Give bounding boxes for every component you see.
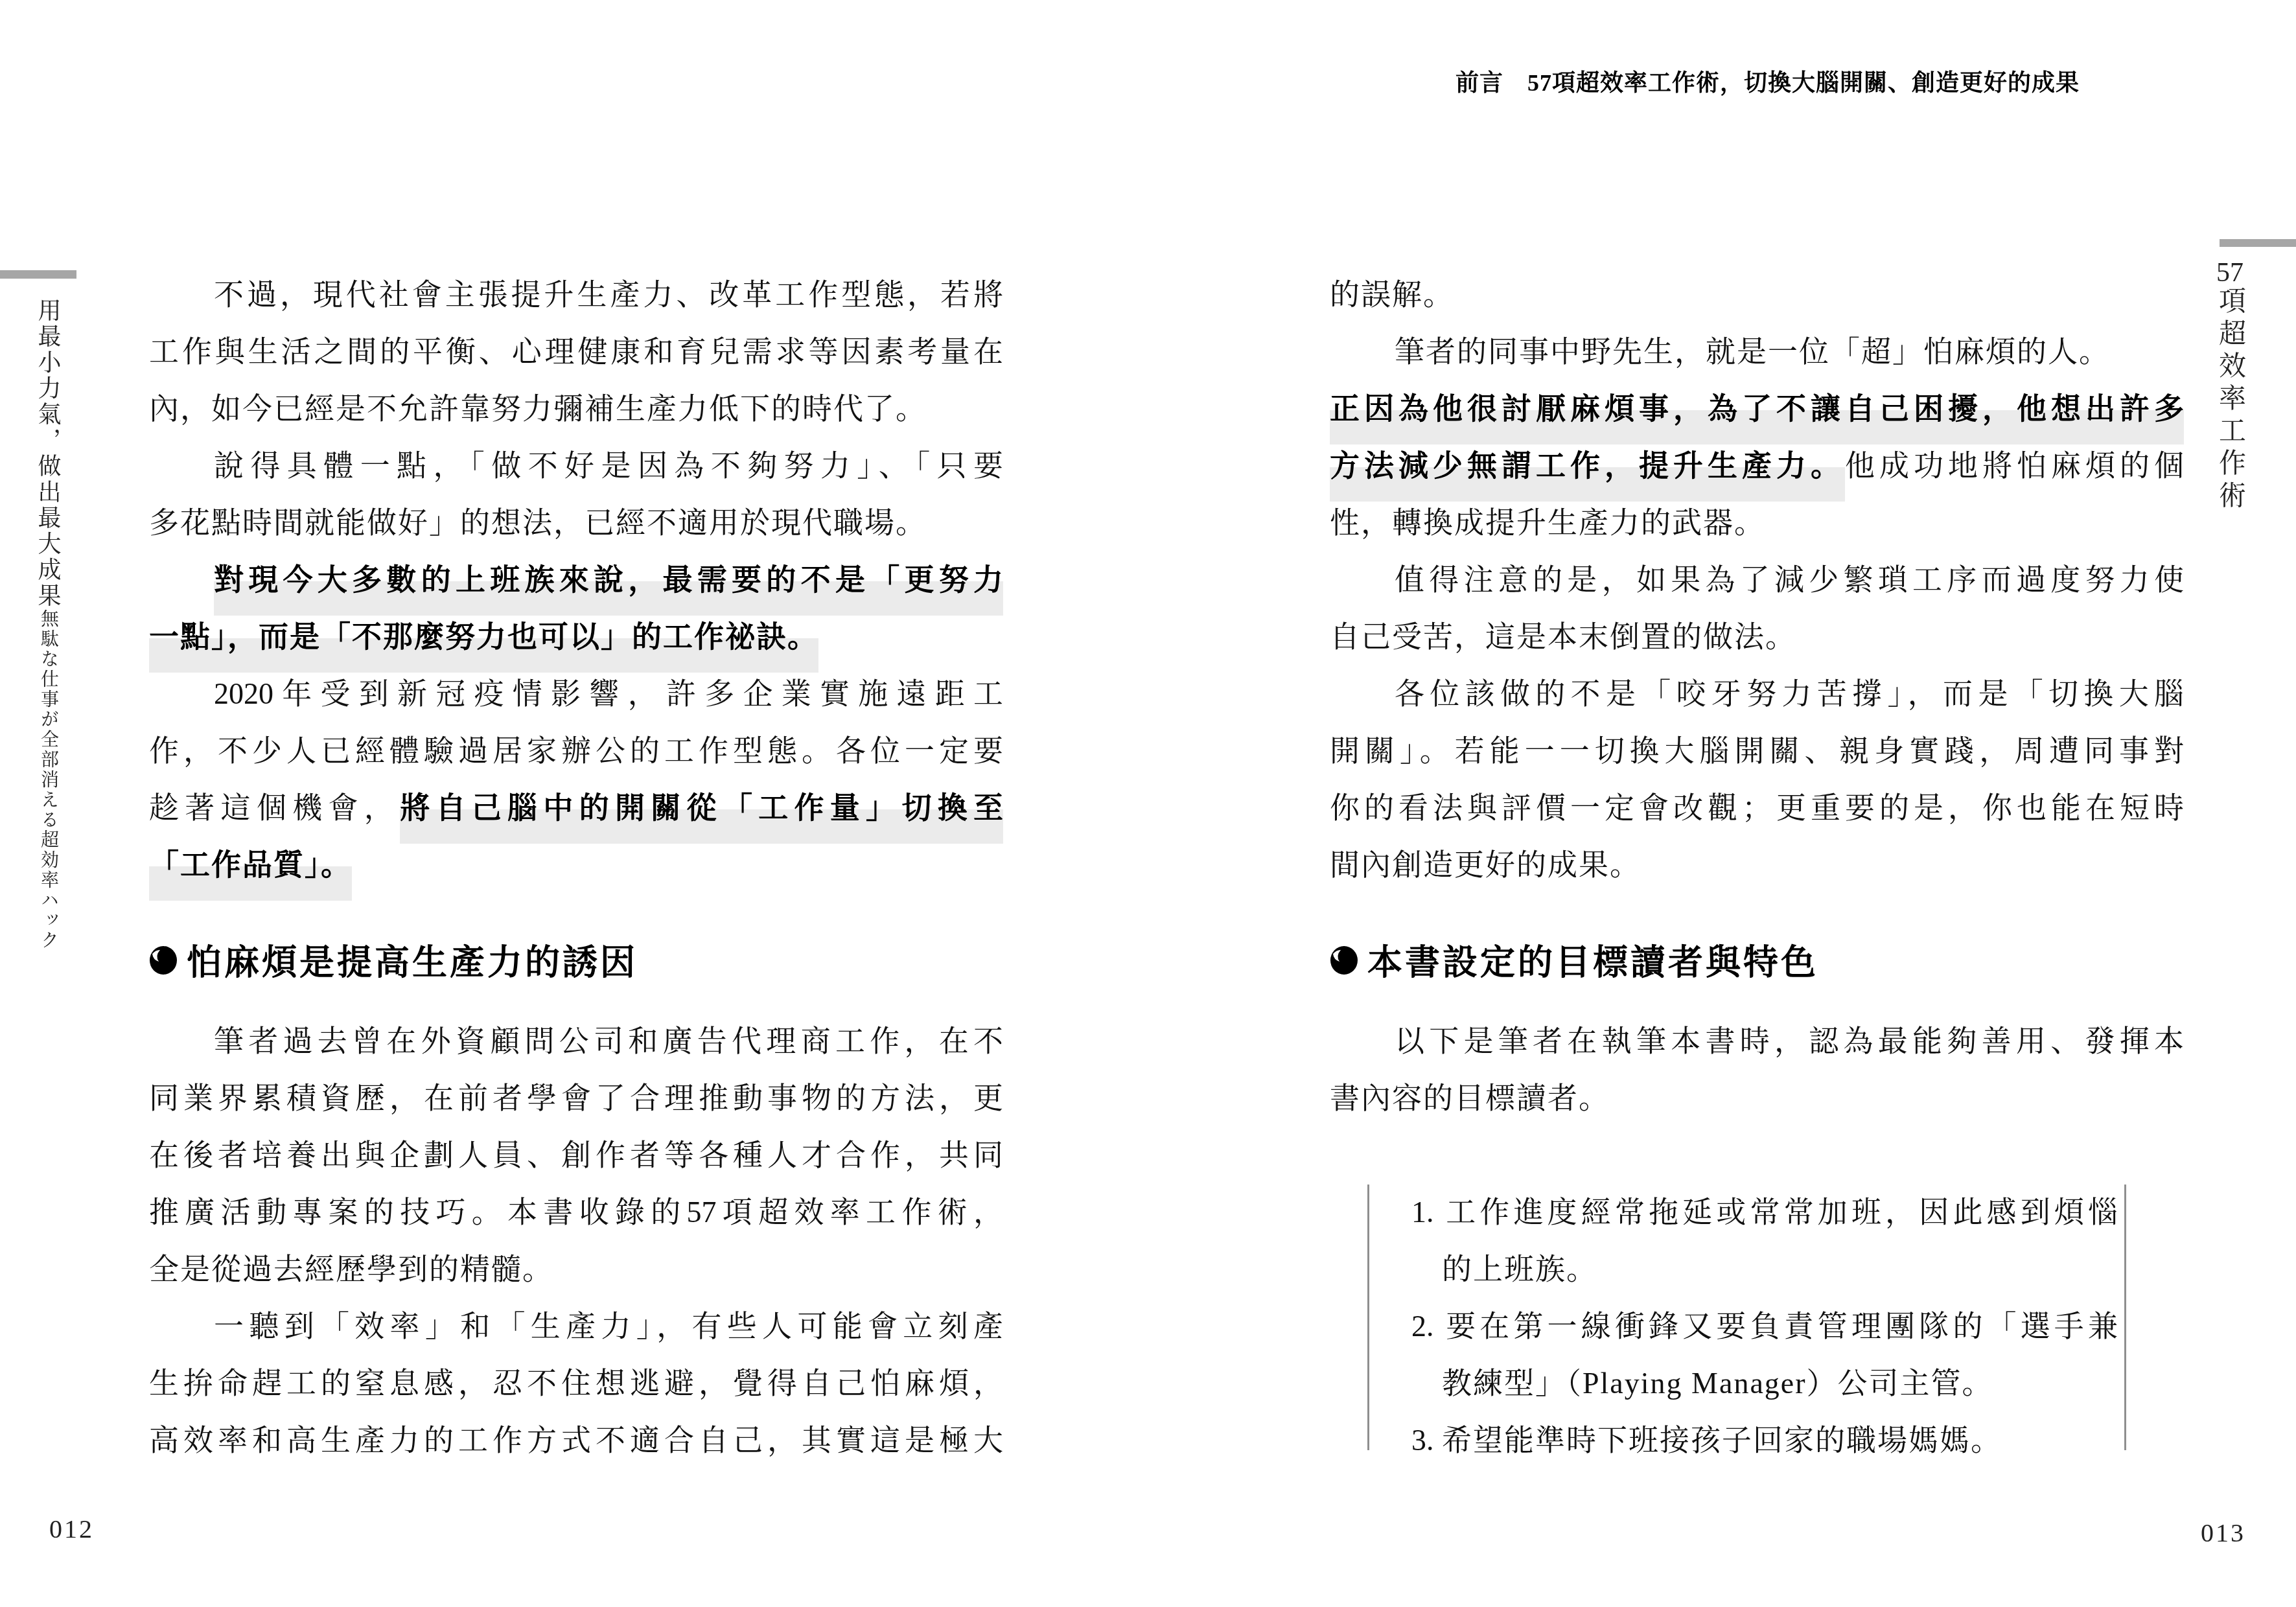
chapter-title-vertical: 57項超效率工作術 [2216,259,2244,513]
body-text: 同業界累積資歷，在前者學會了合理推動事物的方法，更 [149,1081,1003,1115]
book-spread: 前言 57項超效率工作術，切換大腦開關、創造更好的成果 用最小力氣，做出最大成果… [0,0,2296,1607]
list-item-number: 3. [1411,1421,1442,1460]
chapter-title-text: 項超效率工作術 [2215,286,2245,513]
text-line: 筆者的同事中野先生，就是一位「超」怕麻煩的人。 [1330,332,2184,371]
body-text: 在後者培養出與企劃人員、創作者等各種人才合作，共同 [149,1139,1003,1172]
list-item-line: 1.工作進度經常拖延或常常加班，因此感到煩惱 [1411,1193,2118,1232]
text-line: 工作與生活之間的平衡、心理健康和育兒需求等因素考量在 [149,332,1003,371]
section-heading-text: 本書設定的目標讀者與特色 [1367,935,1818,985]
text-line: 高效率和高生產力的工作方式不適合自己，其實這是極大 [149,1421,1003,1460]
text-line: 各位該做的不是「咬牙努力苦撐」，而是「切換大腦 [1330,675,2184,713]
book-title-japanese: 無駄な仕事が全部消える超効率ハック [38,609,58,951]
text-line: 2020年受到新冠疫情影響，許多企業實施遠距工 [149,675,1003,713]
body-text: 自己受苦，這是本末倒置的做法。 [1330,620,1796,653]
list-rule-left [1367,1185,1369,1450]
text-line: 性，轉換成提升生產力的武器。 [1330,503,2184,542]
list-item-line: 的上班族。 [1442,1250,2118,1289]
text-line: 開關」。若能一一切換大腦開關、親身實踐，周遭同事對 [1330,732,2184,770]
book-title-vertical: 用最小力氣，做出最大成果無駄な仕事が全部消える超効率ハック [36,298,60,951]
emphasis-text: 正因為他很討厭麻煩事，為了不讓自己困擾，他想出許多 [1330,392,2184,445]
body-text: 不過，現代社會主張提升生產力、改革工作型態，若將 [214,278,1003,311]
text-line: 說得具體一點，「做不好是因為不夠努力」、「只要 [149,446,1003,485]
text-line: 在後者培養出與企劃人員、創作者等各種人才合作，共同 [149,1136,1003,1175]
body-text: 一聽到「效率」和「生產力」，有些人可能會立刻產 [214,1310,1003,1343]
text-line: 全是從過去經歷學到的精髓。 [149,1250,1003,1289]
book-title-main: 用最小力氣，做出最大成果 [35,298,61,609]
list-item-line: 2.要在第一線衝鋒又要負責管理團隊的「選手兼 [1411,1307,2118,1346]
text-line: 「工作品質」。 [149,846,1003,884]
body-text: 的誤解。 [1330,278,1454,311]
text-line: 值得注意的是，如果為了減少繁瑣工序而過度努力使 [1330,561,2184,599]
emphasis-text: 對現今大多數的上班族來說，最需要的不是「更努力 [214,563,1003,616]
text-line: 內，如今已經是不允許靠努力彌補生產力低下的時代了。 [149,389,1003,428]
list-rule-right [2124,1185,2126,1450]
emphasis-text: 一點」，而是「不那麼努力也可以」的工作祕訣。 [149,620,818,673]
body-text: 性，轉換成提升生產力的武器。 [1330,506,1765,539]
body-text: 值得注意的是，如果為了減少繁瑣工序而過度努力使 [1395,563,2184,596]
text-line: 間內創造更好的成果。 [1330,846,2184,884]
left-page-text-column: 不過，現代社會主張提升生產力、改革工作型態，若將工作與生活之間的平衡、心理健康和… [149,0,1003,1607]
text-line: 同業界累積資歷，在前者學會了合理推動事物的方法，更 [149,1079,1003,1118]
text-line: 對現今大多數的上班族來說，最需要的不是「更努力 [149,561,1003,599]
text-line: 你的看法與評價一定會改觀；更重要的是，你也能在短時 [1330,789,2184,827]
body-text: 高效率和高生產力的工作方式不適合自己，其實這是極大 [149,1424,1003,1457]
text-line: 自己受苦，這是本末倒置的做法。 [1330,618,2184,656]
right-page-text-column: 的誤解。筆者的同事中野先生，就是一位「超」怕麻煩的人。正因為他很討厭麻煩事，為了… [1330,0,2184,1607]
list-item-line: 3.希望能準時下班接孩子回家的職場媽媽。 [1411,1421,2118,1460]
body-text: 趁著這個機會， [149,791,400,824]
chapter-marker-bar-left [0,270,76,279]
text-line: 書內容的目標讀者。 [1330,1079,2184,1118]
body-text: 希望能準時下班接孩子回家的職場媽媽。 [1442,1424,2002,1457]
emphasis-text: 「工作品質」。 [149,848,352,901]
body-text: 工作與生活之間的平衡、心理健康和育兒需求等因素考量在 [149,335,1003,368]
text-line: 推廣活動專案的技巧。本書收錄的57項超效率工作術， [149,1193,1003,1232]
body-text: 生拚命趕工的窒息感，忍不住想逃避，覺得自己怕麻煩， [149,1367,1003,1400]
body-text: 多花點時間就能做好」的想法，已經不適用於現代職場。 [149,506,927,539]
text-line: 不過，現代社會主張提升生產力、改革工作型態，若將 [149,275,1003,314]
chapter-number: 57 [2215,259,2245,286]
body-text: 2020年受到新冠疫情影響，許多企業實施遠距工 [214,677,1003,710]
list-item-number: 2. [1411,1307,1442,1346]
text-line: 以下是筆者在執筆本書時，認為最能夠善用、發揮本 [1330,1022,2184,1061]
page-number-right: 013 [2201,1518,2245,1548]
emphasis-text: 將自己腦中的開關從「工作量」切換至 [400,791,1003,844]
body-text: 書內容的目標讀者。 [1330,1081,1610,1115]
body-text: 以下是筆者在執筆本書時，認為最能夠善用、發揮本 [1395,1024,2184,1058]
emphasis-text: 方法減少無謂工作，提升生產力。 [1330,449,1845,502]
section-marker-icon [1330,945,1358,975]
body-text: 他成功地將怕麻煩的個 [1845,449,2184,482]
body-text: 全是從過去經歷學到的精髓。 [149,1253,553,1286]
text-line: 正因為他很討厭麻煩事，為了不讓自己困擾，他想出許多 [1330,389,2184,428]
text-line: 多花點時間就能做好」的想法，已經不適用於現代職場。 [149,503,1003,542]
section-marker-icon [149,945,178,975]
body-text: 要在第一線衝鋒又要負責管理團隊的「選手兼 [1442,1310,2118,1343]
body-text: 筆者的同事中野先生，就是一位「超」怕麻煩的人。 [1395,335,2110,368]
text-line: 作，不少人已經體驗過居家辦公的工作型態。各位一定要 [149,732,1003,770]
body-text: 說得具體一點，「做不好是因為不夠努力」、「只要 [214,449,1003,482]
text-line: 筆者過去曾在外資顧問公司和廣告代理商工作，在不 [149,1022,1003,1061]
text-line: 一聽到「效率」和「生產力」，有些人可能會立刻產 [149,1307,1003,1346]
section-heading: 本書設定的目標讀者與特色 [1330,935,1818,985]
list-item-number: 1. [1411,1193,1442,1232]
body-text: 教練型」（Playing Manager）公司主管。 [1442,1367,1993,1400]
body-text: 你的看法與評價一定會改觀；更重要的是，你也能在短時 [1330,791,2184,824]
body-text: 筆者過去曾在外資顧問公司和廣告代理商工作，在不 [214,1024,1003,1058]
body-text: 工作進度經常拖延或常常加班，因此感到煩惱 [1442,1196,2118,1229]
section-heading: 怕麻煩是提高生產力的誘因 [149,935,638,985]
text-line: 方法減少無謂工作，提升生產力。他成功地將怕麻煩的個 [1330,446,2184,485]
body-text: 作，不少人已經體驗過居家辦公的工作型態。各位一定要 [149,734,1003,767]
body-text: 間內創造更好的成果。 [1330,848,1641,881]
text-line: 一點」，而是「不那麼努力也可以」的工作祕訣。 [149,618,1003,656]
body-text: 內，如今已經是不允許靠努力彌補生產力低下的時代了。 [149,392,927,425]
section-heading-text: 怕麻煩是提高生產力的誘因 [187,935,638,985]
body-text: 的上班族。 [1442,1253,1597,1286]
text-line: 趁著這個機會，將自己腦中的開關從「工作量」切換至 [149,789,1003,827]
chapter-marker-bar-right [2220,239,2296,247]
body-text: 推廣活動專案的技巧。本書收錄的57項超效率工作術， [149,1196,1003,1229]
list-item-line: 教練型」（Playing Manager）公司主管。 [1442,1364,2118,1403]
page-number-left: 012 [49,1514,94,1544]
body-text: 各位該做的不是「咬牙努力苦撐」，而是「切換大腦 [1395,677,2184,710]
text-line: 的誤解。 [1330,275,2184,314]
body-text: 開關」。若能一一切換大腦開關、親身實踐，周遭同事對 [1330,734,2184,767]
text-line: 生拚命趕工的窒息感，忍不住想逃避，覺得自己怕麻煩， [149,1364,1003,1403]
